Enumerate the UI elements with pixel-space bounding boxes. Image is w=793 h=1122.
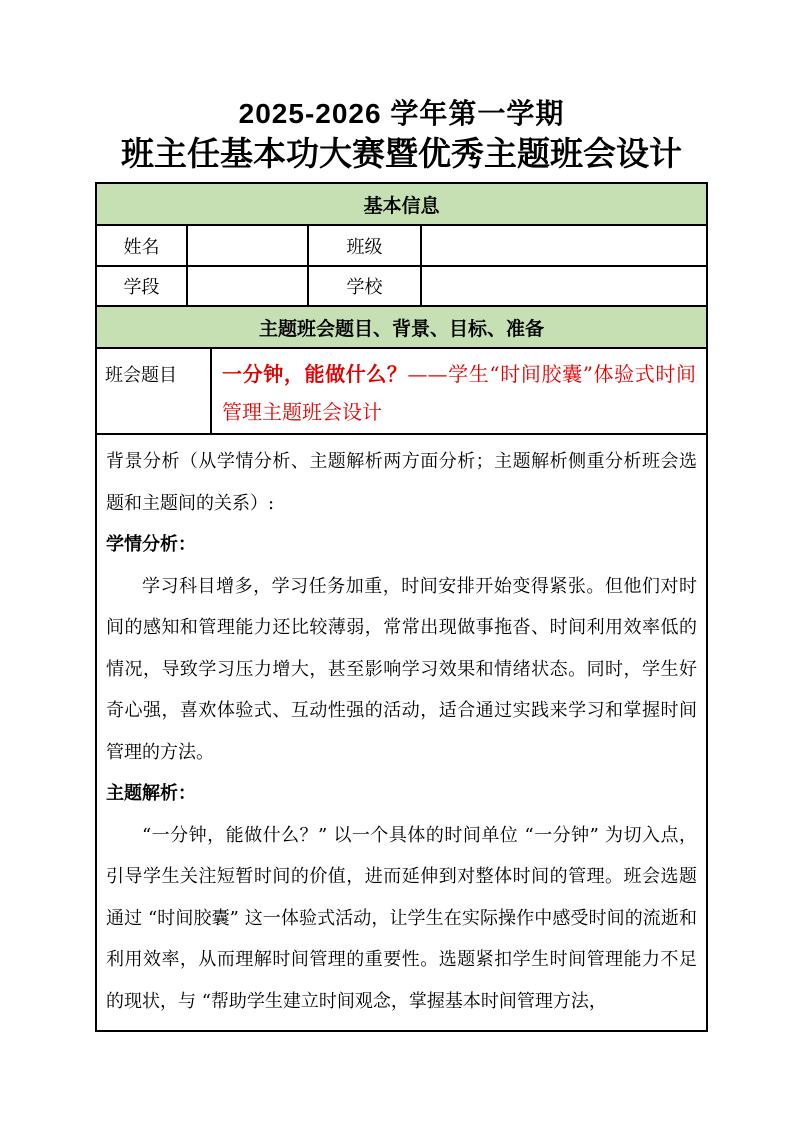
section-theme-row: 主题班会题目、背景、目标、准备 (97, 305, 706, 347)
meeting-title-value[interactable]: 一分钟，能做什么？——学生“时间胶囊”体验式时间管理主题班会设计 (210, 349, 706, 433)
zhuti-paragraph: “一分钟，能做什么？” 以一个具体的时间单位 “一分钟” 为切入点，引导学生关注… (106, 815, 697, 1023)
class-value-cell[interactable] (420, 226, 706, 265)
meeting-title-row: 班会题目 一分钟，能做什么？——学生“时间胶囊”体验式时间管理主题班会设计 (97, 347, 706, 433)
section-theme-header: 主题班会题目、背景、目标、准备 (97, 307, 706, 347)
info-row-1: 姓名 班级 (97, 224, 706, 265)
form-table: 基本信息 姓名 班级 学段 学校 主题班会题目、背景、目标、准备 班会题目 一分… (95, 182, 708, 1032)
zhuti-heading: 主题解析： (106, 773, 697, 815)
meeting-title-bold-part: 一分钟，能做什么？ (222, 364, 408, 386)
background-analysis-cell[interactable]: 背景分析（从学情分析、主题解析两方面分析；主题解析侧重分析班会选题和主题间的关系… (97, 435, 706, 1030)
stage-value-cell[interactable] (186, 267, 307, 305)
xueqing-heading: 学情分析： (106, 524, 697, 566)
title-semester: 2025-2026 学年第一学期 (95, 96, 708, 132)
info-row-2: 学段 学校 (97, 265, 706, 305)
document-page: 2025-2026 学年第一学期 班主任基本功大赛暨优秀主题班会设计 基本信息 … (0, 0, 793, 1122)
class-label: 班级 (307, 226, 420, 265)
section-basic-info-row: 基本信息 (97, 184, 706, 224)
school-label: 学校 (307, 267, 420, 305)
school-value-cell[interactable] (420, 267, 706, 305)
name-value-cell[interactable] (186, 226, 307, 265)
stage-label: 学段 (97, 267, 186, 305)
name-label: 姓名 (97, 226, 186, 265)
xueqing-paragraph: 学习科目增多，学习任务加重，时间安排开始变得紧张。但他们对时间的感知和管理能力还… (106, 566, 697, 774)
title-competition: 班主任基本功大赛暨优秀主题班会设计 (95, 132, 708, 176)
document-title-block: 2025-2026 学年第一学期 班主任基本功大赛暨优秀主题班会设计 (95, 96, 708, 176)
background-analysis-row: 背景分析（从学情分析、主题解析两方面分析；主题解析侧重分析班会选题和主题间的关系… (97, 433, 706, 1030)
meeting-title-label: 班会题目 (97, 349, 210, 433)
background-analysis-intro: 背景分析（从学情分析、主题解析两方面分析；主题解析侧重分析班会选题和主题间的关系… (106, 441, 697, 524)
section-basic-info-header: 基本信息 (97, 184, 706, 224)
